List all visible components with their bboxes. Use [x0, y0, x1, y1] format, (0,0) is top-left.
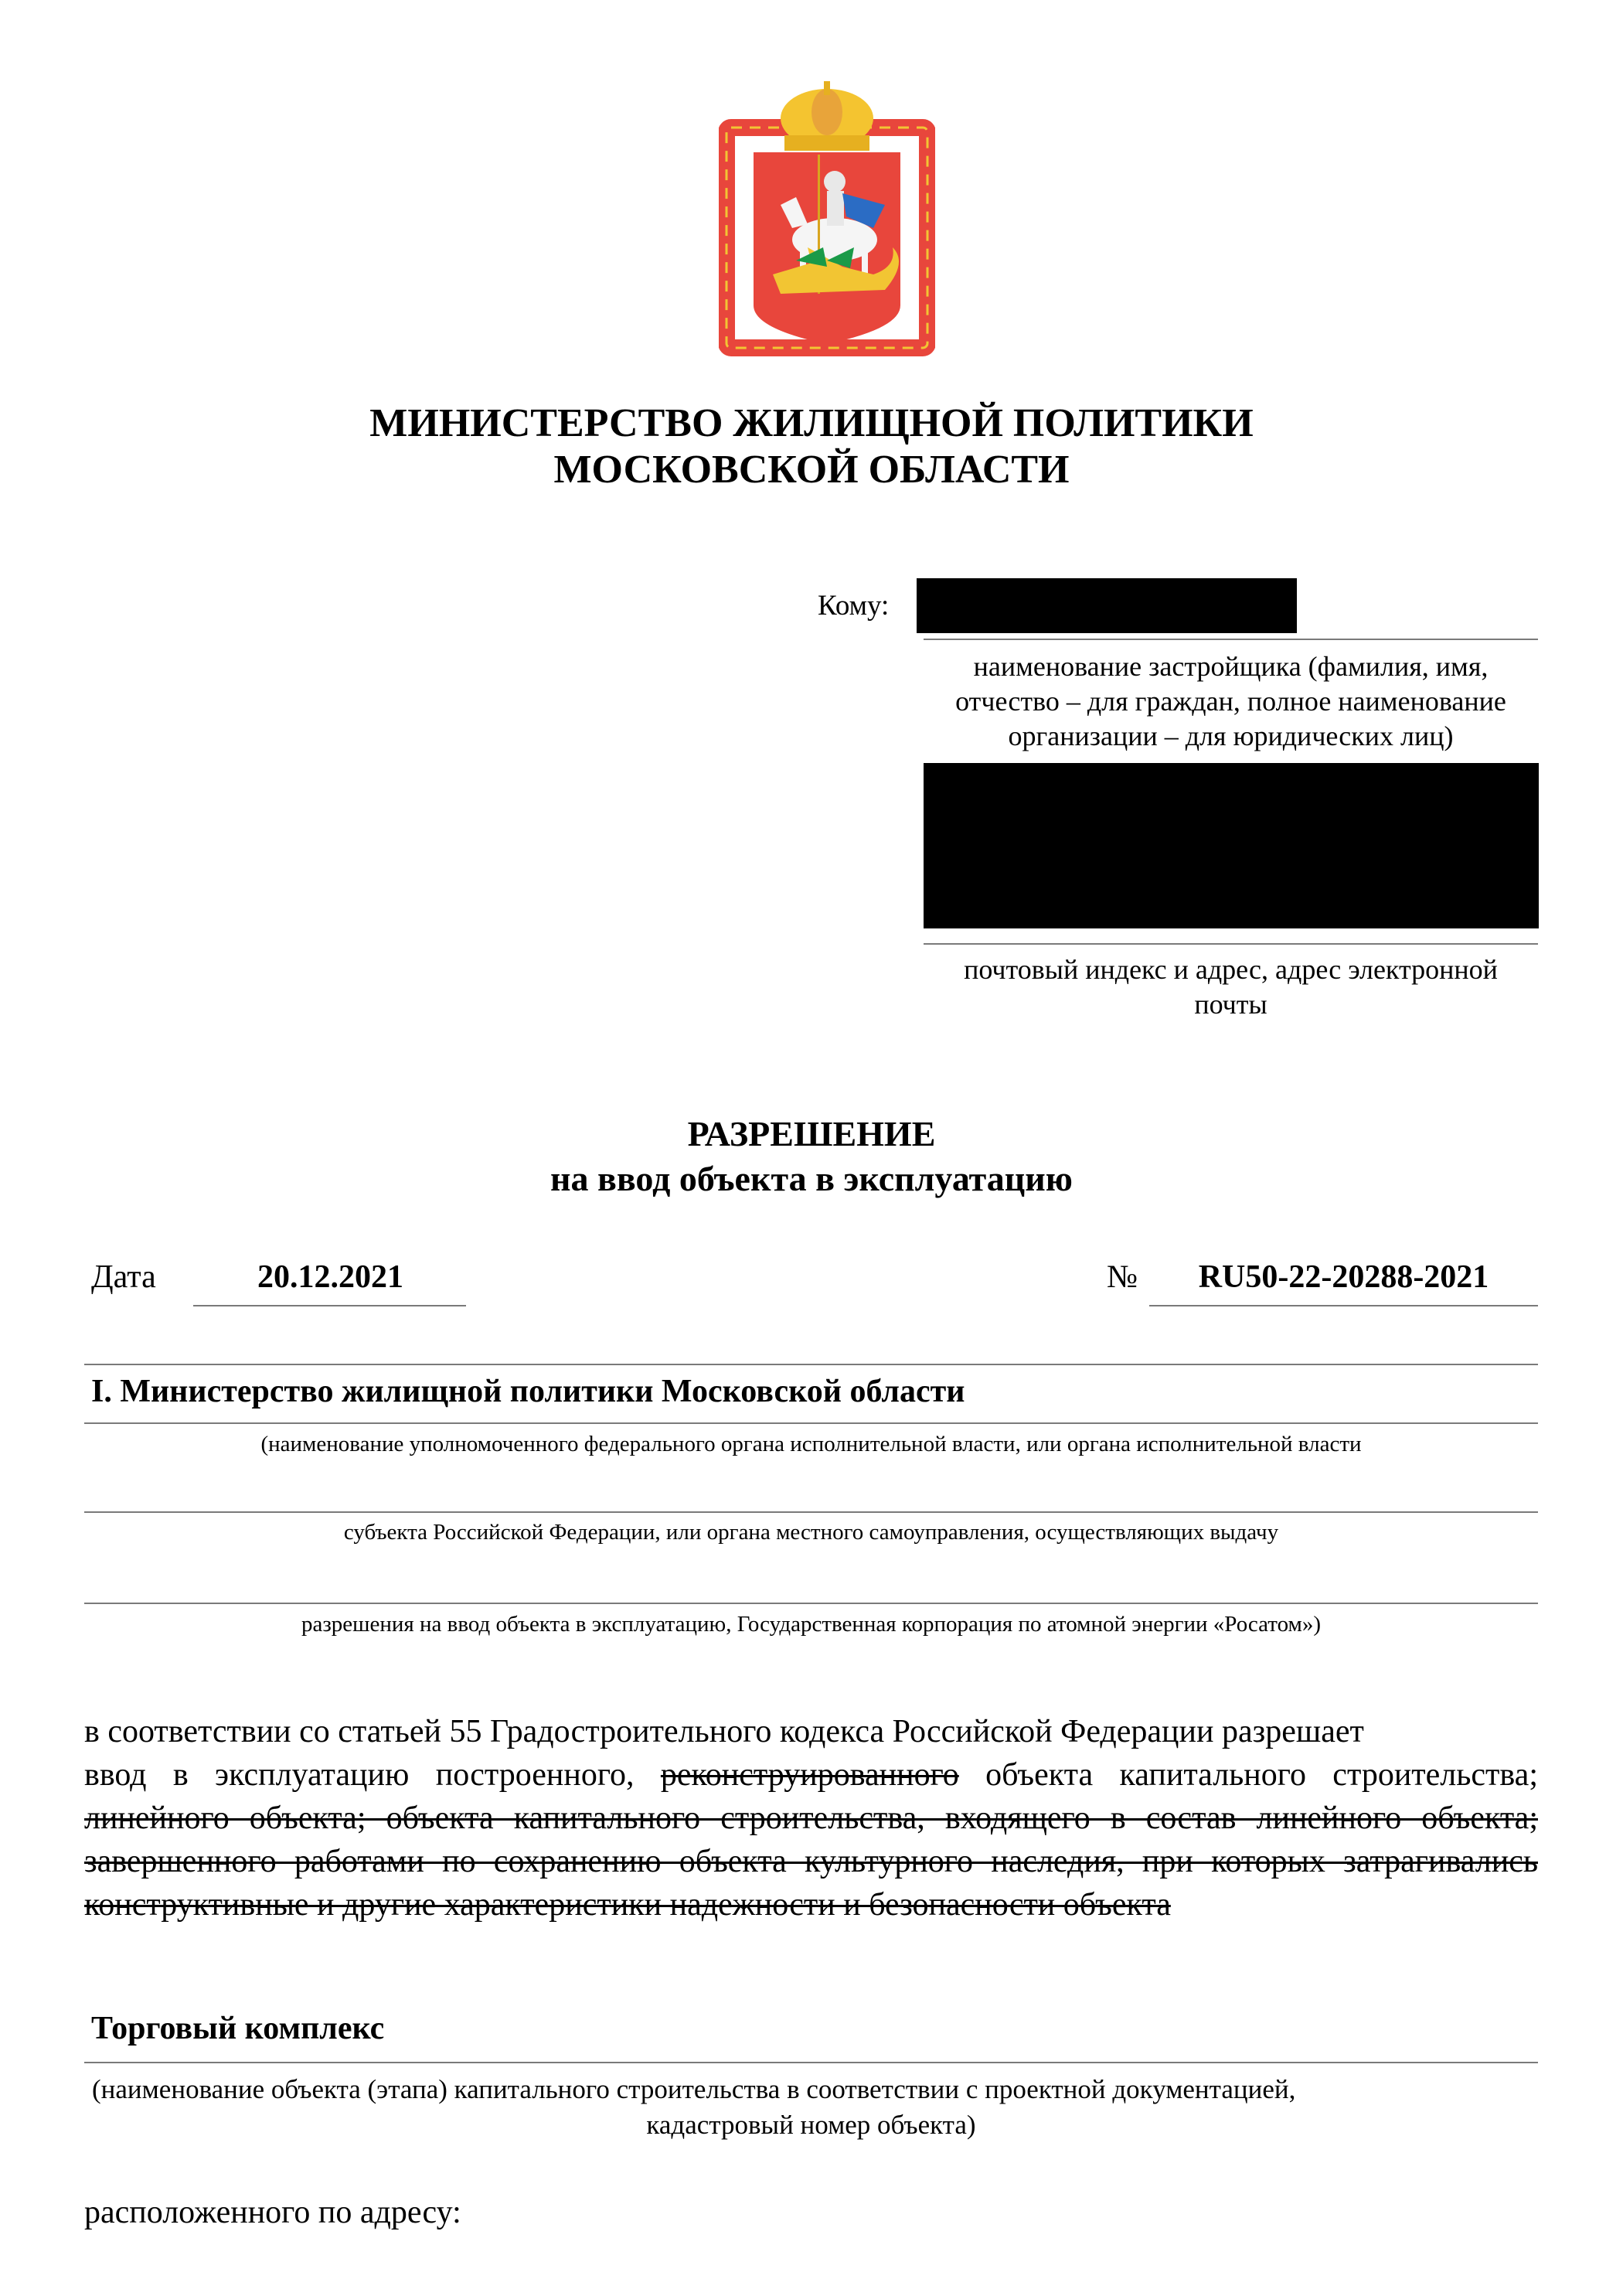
- redacted-recipient-name: [917, 578, 1297, 633]
- ministry-header: МИНИСТЕРСТВО ЖИЛИЩНОЙ ПОЛИТИКИ МОСКОВСКО…: [0, 400, 1623, 493]
- title-main: РАЗРЕШЕНИЕ: [0, 1112, 1623, 1157]
- date-value: 20.12.2021: [193, 1259, 468, 1296]
- number-underline: [1149, 1305, 1538, 1306]
- number-label: №: [1107, 1259, 1138, 1296]
- ministry-line-1: МИНИСТЕРСТВО ЖИЛИЩНОЙ ПОЛИТИКИ: [0, 400, 1623, 447]
- address-label: расположенного по адресу:: [84, 2194, 461, 2231]
- recipient-address-caption: почтовый индекс и адрес, адрес электронн…: [924, 952, 1538, 1022]
- redacted-recipient-address: [924, 763, 1539, 928]
- date-underline: [193, 1305, 466, 1306]
- struck-linear-object: линейного объекта; объекта капитального …: [84, 1800, 1538, 1923]
- emblem-icon: [719, 81, 935, 363]
- recipient-address-underline: [924, 943, 1538, 945]
- object-name-underline: [84, 2062, 1538, 2063]
- object-caption: (наименование объекта (этапа) капитально…: [84, 2072, 1538, 2143]
- permit-number: RU50-22-20288-2021: [1149, 1259, 1538, 1296]
- recipient-name-underline: [924, 639, 1538, 640]
- body-line-1: в соответствии со статьей 55 Градостроит…: [84, 1710, 1538, 1753]
- document-title: РАЗРЕШЕНИЕ на ввод объекта в эксплуатаци…: [0, 1112, 1623, 1201]
- authority-caption-1: (наименование уполномоченного федерально…: [84, 1432, 1538, 1457]
- section-heading-underline: [84, 1422, 1538, 1424]
- body-rest: ввод в эксплуатацию построенного, реконс…: [84, 1753, 1538, 1926]
- authority-caption-3: разрешения на ввод объекта в эксплуатаци…: [84, 1612, 1538, 1637]
- title-subtitle: на ввод объекта в эксплуатацию: [0, 1157, 1623, 1201]
- object-name: Торговый комплекс: [91, 2010, 384, 2047]
- recipient-name-caption: наименование застройщика (фамилия, имя, …: [924, 649, 1538, 754]
- coat-of-arms-emblem: [719, 81, 935, 363]
- struck-reconstructed: реконструированного: [661, 1757, 959, 1793]
- section-1-heading: I. Министерство жилищной политики Москов…: [91, 1373, 965, 1410]
- to-label: Кому:: [818, 589, 889, 622]
- ministry-line-2: МОСКОВСКОЙ ОБЛАСТИ: [0, 447, 1623, 493]
- section-top-line: [84, 1364, 1538, 1365]
- authority-caption-2: субъекта Российской Федерации, или орган…: [84, 1520, 1538, 1545]
- permit-body-paragraph: в соответствии со статьей 55 Градостроит…: [84, 1710, 1538, 1926]
- date-label: Дата: [91, 1259, 156, 1296]
- authority-line-3: [84, 1603, 1538, 1604]
- authority-line-2: [84, 1511, 1538, 1513]
